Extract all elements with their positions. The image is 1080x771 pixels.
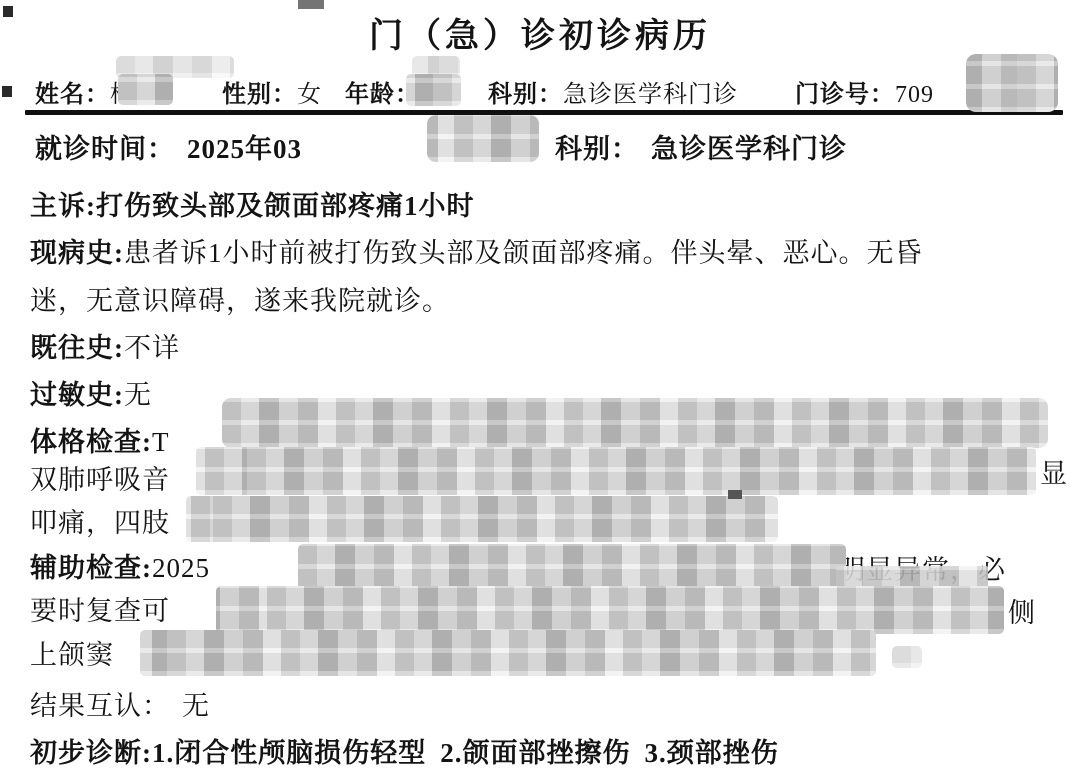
recheck-suffix: 侧: [1008, 591, 1036, 630]
result-recognition-label: 结果互认：: [30, 691, 170, 721]
field-gender: 性别：女: [222, 74, 322, 109]
line-aux-exam: 辅助检查:2025: [30, 546, 210, 585]
present-illness-line1: 患者诉1小时前被打伤致头部及颌面部疼痛。伴头晕、恶心。无昏: [124, 238, 923, 268]
chief-complaint-label: 主诉:: [30, 191, 96, 221]
sinus-prefix: 上颌窦: [30, 640, 114, 670]
line-physical-exam: 体格检查:T: [30, 420, 170, 459]
line-lung-exam: 双肺呼吸音: [30, 458, 170, 497]
visit-time-value: 2025年03: [187, 134, 302, 164]
name-label: 姓名：: [35, 82, 110, 108]
redaction-percussion-tick: [728, 490, 742, 499]
clinic-number-label: 门诊号：: [795, 82, 895, 108]
redaction-percussion: [186, 496, 778, 542]
line-result-recognition: 结果互认：无: [30, 684, 210, 723]
diagnosis-item-2: 2.颌面部挫擦伤: [440, 738, 630, 768]
redaction-age: [406, 74, 461, 106]
result-recognition-text: 无: [182, 691, 210, 721]
redaction-sinus-small: [892, 646, 922, 668]
field-visit-time: 就诊时间：2025年03: [35, 127, 302, 166]
clinic-number-value: 709: [895, 82, 934, 108]
redaction-physical-exam: [222, 398, 1048, 448]
physical-exam-fragment: T: [152, 427, 170, 457]
lung-exam-prefix: 双肺呼吸音: [30, 465, 170, 495]
present-illness-line2: 迷，无意识障碍，遂来我院就诊。: [30, 286, 450, 316]
redaction-sinus: [140, 630, 876, 676]
department-value: 急诊医学科门诊: [563, 82, 738, 108]
header-divider-line: [25, 110, 1063, 115]
present-illness-label: 现病史:: [30, 238, 124, 268]
redaction-visit-time: [427, 115, 539, 162]
chief-complaint-text: 打伤致头部及颌面部疼痛1小时: [96, 191, 475, 221]
field-visit-department: 科别：急诊医学科门诊: [555, 127, 847, 166]
line-present-illness-1: 现病史:患者诉1小时前被打伤致头部及颌面部疼痛。伴头晕、恶心。无昏: [30, 231, 923, 270]
line-sinus: 上颌窦: [30, 633, 114, 672]
page-title: 门（急）诊初诊病历: [0, 8, 1080, 57]
line-past-history: 既往史:不详: [30, 326, 180, 365]
visit-department-label: 科别：: [555, 134, 639, 164]
redaction-aux-exam: [298, 544, 846, 592]
percussion-prefix: 叩痛，四肢: [30, 508, 170, 538]
line-diagnosis: 初步诊断:1.闭合性颅脑损伤轻型2.颌面部挫擦伤3.颈部挫伤: [30, 731, 793, 770]
lung-exam-suffix: 显: [1040, 452, 1068, 491]
medical-record-page: 门（急）诊初诊病历 姓名：杨 性别：女 年龄： 科别：急诊医学科门诊 门诊号：7…: [0, 0, 1080, 771]
line-present-illness-2: 迷，无意识障碍，遂来我院就诊。: [30, 279, 450, 318]
redaction-recheck: [216, 586, 1004, 634]
department-label: 科别：: [488, 82, 563, 108]
redaction-lung-exam: [196, 447, 1036, 495]
recheck-prefix: 要时复查可: [30, 596, 170, 626]
redaction-clinic-number: [966, 54, 1058, 112]
physical-exam-label: 体格检查:: [30, 427, 152, 457]
scan-artifact-left-2: [2, 86, 12, 97]
line-recheck: 要时复查可: [30, 589, 170, 628]
aux-exam-label: 辅助检查:: [30, 553, 152, 583]
past-history-label: 既往史:: [30, 333, 124, 363]
line-allergy-history: 过敏史:无: [30, 373, 152, 412]
diagnosis-item-1: 1.闭合性颅脑损伤轻型: [152, 738, 426, 768]
visit-time-label: 就诊时间：: [35, 134, 175, 164]
line-chief-complaint: 主诉:打伤致头部及颌面部疼痛1小时: [30, 184, 475, 223]
field-clinic-number: 门诊号：709: [795, 74, 934, 109]
diagnosis-label: 初步诊断:: [30, 738, 152, 768]
field-department: 科别：急诊医学科门诊: [488, 74, 738, 109]
diagnosis-item-3: 3.颈部挫伤: [645, 738, 779, 768]
allergy-history-label: 过敏史:: [30, 380, 124, 410]
allergy-history-text: 无: [124, 380, 152, 410]
redaction-name: [118, 74, 173, 105]
past-history-text: 不详: [124, 333, 180, 363]
visit-department-value: 急诊医学科门诊: [651, 134, 847, 164]
line-percussion: 叩痛，四肢: [30, 501, 170, 540]
aux-exam-prefix: 2025: [152, 553, 210, 583]
gender-value: 女: [297, 82, 322, 108]
gender-label: 性别：: [222, 82, 297, 108]
